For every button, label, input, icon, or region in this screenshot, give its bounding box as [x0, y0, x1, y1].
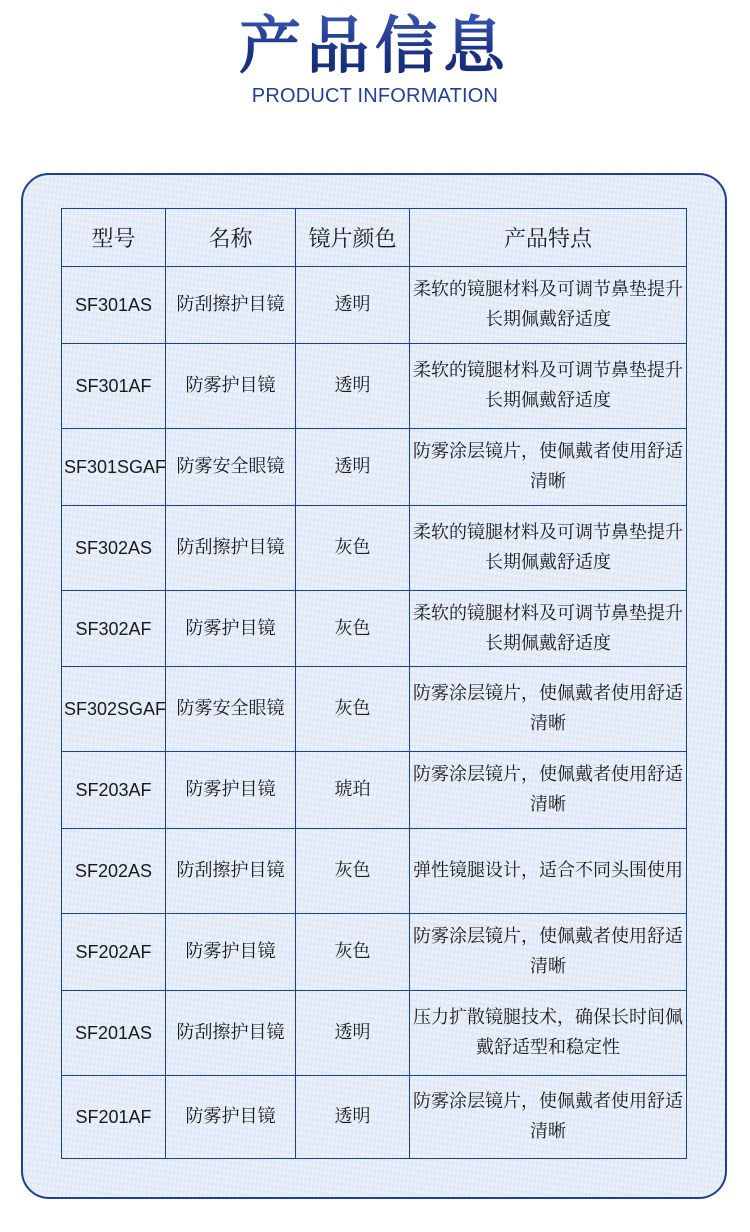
cell-feature: 防雾涂层镜片，使佩戴者使用舒适清晰 [410, 752, 687, 829]
column-header-name: 名称 [166, 209, 296, 267]
cell-lens-color: 灰色 [296, 829, 410, 914]
cell-name: 防刮擦护目镜 [166, 267, 296, 344]
cell-name: 防刮擦护目镜 [166, 829, 296, 914]
cell-lens-color: 透明 [296, 344, 410, 429]
page-subtitle: PRODUCT INFORMATION [0, 85, 750, 108]
cell-name: 防刮擦护目镜 [166, 506, 296, 591]
cell-model: SF301AF [62, 344, 166, 429]
cell-model: SF301SGAF [62, 429, 166, 506]
cell-feature: 防雾涂层镜片，使佩戴者使用舒适清晰 [410, 429, 687, 506]
column-header-lens-color: 镜片颜色 [296, 209, 410, 267]
cell-model: SF203AF [62, 752, 166, 829]
cell-feature: 防雾涂层镜片，使佩戴者使用舒适清晰 [410, 667, 687, 752]
cell-feature: 柔软的镜腿材料及可调节鼻垫提升长期佩戴舒适度 [410, 267, 687, 344]
table-header-row: 型号 名称 镜片颜色 产品特点 [62, 209, 687, 267]
cell-lens-color: 透明 [296, 991, 410, 1076]
cell-feature: 柔软的镜腿材料及可调节鼻垫提升长期佩戴舒适度 [410, 591, 687, 667]
cell-lens-color: 透明 [296, 429, 410, 506]
table-row: SF301AF 防雾护目镜 透明 柔软的镜腿材料及可调节鼻垫提升长期佩戴舒适度 [62, 344, 687, 429]
cell-name: 防雾护目镜 [166, 344, 296, 429]
cell-model: SF202AF [62, 914, 166, 991]
table-row: SF301AS 防刮擦护目镜 透明 柔软的镜腿材料及可调节鼻垫提升长期佩戴舒适度 [62, 267, 687, 344]
cell-lens-color: 透明 [296, 1076, 410, 1159]
cell-lens-color: 灰色 [296, 591, 410, 667]
cell-name: 防雾护目镜 [166, 1076, 296, 1159]
cell-lens-color: 灰色 [296, 914, 410, 991]
cell-name: 防雾安全眼镜 [166, 429, 296, 506]
cell-feature: 弹性镜腿设计，适合不同头围使用 [410, 829, 687, 914]
cell-model: SF302AS [62, 506, 166, 591]
column-header-features: 产品特点 [410, 209, 687, 267]
cell-lens-color: 灰色 [296, 667, 410, 752]
cell-model: SF302SGAF [62, 667, 166, 752]
table-row: SF302SGAF 防雾安全眼镜 灰色 防雾涂层镜片，使佩戴者使用舒适清晰 [62, 667, 687, 752]
cell-name: 防刮擦护目镜 [166, 991, 296, 1076]
cell-model: SF201AS [62, 991, 166, 1076]
cell-lens-color: 灰色 [296, 506, 410, 591]
cell-name: 防雾安全眼镜 [166, 667, 296, 752]
cell-feature: 柔软的镜腿材料及可调节鼻垫提升长期佩戴舒适度 [410, 344, 687, 429]
table-row: SF203AF 防雾护目镜 琥珀 防雾涂层镜片，使佩戴者使用舒适清晰 [62, 752, 687, 829]
cell-name: 防雾护目镜 [166, 752, 296, 829]
table-row: SF202AF 防雾护目镜 灰色 防雾涂层镜片，使佩戴者使用舒适清晰 [62, 914, 687, 991]
page-title: 产品信息 [0, 10, 750, 82]
table-row: SF301SGAF 防雾安全眼镜 透明 防雾涂层镜片，使佩戴者使用舒适清晰 [62, 429, 687, 506]
column-header-model: 型号 [62, 209, 166, 267]
cell-name: 防雾护目镜 [166, 914, 296, 991]
cell-lens-color: 琥珀 [296, 752, 410, 829]
cell-name: 防雾护目镜 [166, 591, 296, 667]
cell-model: SF301AS [62, 267, 166, 344]
cell-model: SF302AF [62, 591, 166, 667]
table-row: SF201AF 防雾护目镜 透明 防雾涂层镜片，使佩戴者使用舒适清晰 [62, 1076, 687, 1159]
table-row: SF202AS 防刮擦护目镜 灰色 弹性镜腿设计，适合不同头围使用 [62, 829, 687, 914]
cell-feature: 柔软的镜腿材料及可调节鼻垫提升长期佩戴舒适度 [410, 506, 687, 591]
cell-model: SF202AS [62, 829, 166, 914]
cell-feature: 压力扩散镜腿技术，确保长时间佩戴舒适型和稳定性 [410, 991, 687, 1076]
table-row: SF201AS 防刮擦护目镜 透明 压力扩散镜腿技术，确保长时间佩戴舒适型和稳定… [62, 991, 687, 1076]
cell-lens-color: 透明 [296, 267, 410, 344]
cell-feature: 防雾涂层镜片，使佩戴者使用舒适清晰 [410, 914, 687, 991]
product-spec-table: 型号 名称 镜片颜色 产品特点 SF301AS 防刮擦护目镜 透明 柔软的镜腿材… [61, 208, 687, 1159]
cell-model: SF201AF [62, 1076, 166, 1159]
table-row: SF302AS 防刮擦护目镜 灰色 柔软的镜腿材料及可调节鼻垫提升长期佩戴舒适度 [62, 506, 687, 591]
table-row: SF302AF 防雾护目镜 灰色 柔软的镜腿材料及可调节鼻垫提升长期佩戴舒适度 [62, 591, 687, 667]
cell-feature: 防雾涂层镜片，使佩戴者使用舒适清晰 [410, 1076, 687, 1159]
